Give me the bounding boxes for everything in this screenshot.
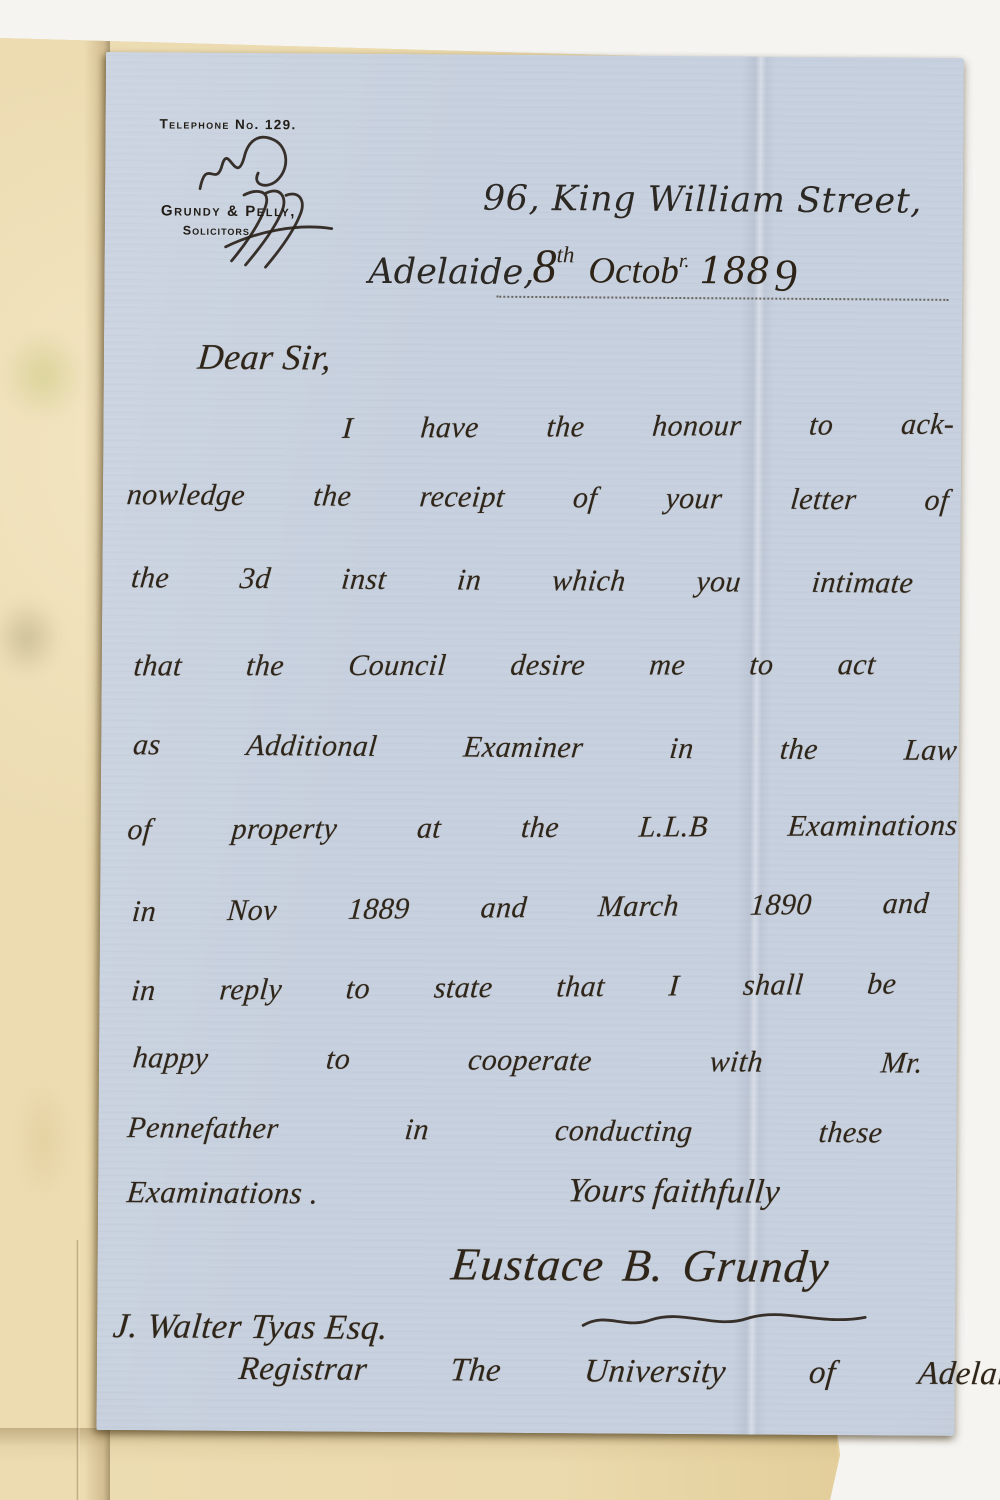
date-month: Octob: [588, 250, 679, 292]
date-line: 8thOctobr.1889: [532, 243, 797, 299]
body-line: as Additional Examiner in the Law: [132, 728, 959, 768]
date-year-written: 9: [774, 250, 797, 301]
salutation: Dear Sir,: [196, 337, 334, 379]
backing-bottom-shadow: [0, 1428, 837, 1500]
bleed-through-stain: [8, 1060, 78, 1220]
body-line: I have the honour to ack-: [341, 408, 956, 447]
signature-flourish: [575, 1307, 875, 1335]
addressee-title: Registrar The University of Adelaide: [237, 1351, 1000, 1394]
body-line: nowledge the receipt of your letter of: [125, 478, 950, 518]
body-line: in reply to state that I shall be: [130, 968, 898, 1009]
body-line: happy to cooperate with Mr.: [131, 1041, 924, 1081]
body-line: that the Council desire me to act: [132, 648, 877, 684]
fold-crease: [76, 1240, 80, 1500]
valediction: Yours faithfully: [566, 1171, 782, 1212]
date-day-suffix: th: [557, 242, 575, 267]
letterhead-firm-name: Grundy & Pelly,: [161, 203, 296, 219]
letterhead-firm-descriptor: Solicitors: [183, 225, 250, 238]
scanned-letter-page: Telephone No. 129. Grundy & Pelly, Solic…: [0, 0, 1000, 1500]
bleed-through-stain: [0, 585, 72, 690]
letter-paper: Telephone No. 129. Grundy & Pelly, Solic…: [96, 52, 964, 1436]
signature: Eustace B. Grundy: [449, 1238, 832, 1293]
addressee-name: J. Walter Tyas Esq.: [111, 1306, 390, 1348]
body-line: of property at the L.L.B Examinations: [126, 809, 959, 848]
body-line: Examinations .: [125, 1174, 320, 1211]
date-year-printed: 188: [699, 249, 770, 292]
letterhead-street-line: 96, King William Street,: [483, 182, 922, 220]
body-line: in Nov 1889 and March 1890 and: [131, 887, 931, 930]
body-line: the 3d inst in which you intimate: [130, 561, 915, 601]
date-month-suffix: r.: [679, 250, 690, 272]
body-line: Pennefather in conducting these: [126, 1111, 884, 1151]
date-day: 8: [532, 240, 556, 293]
